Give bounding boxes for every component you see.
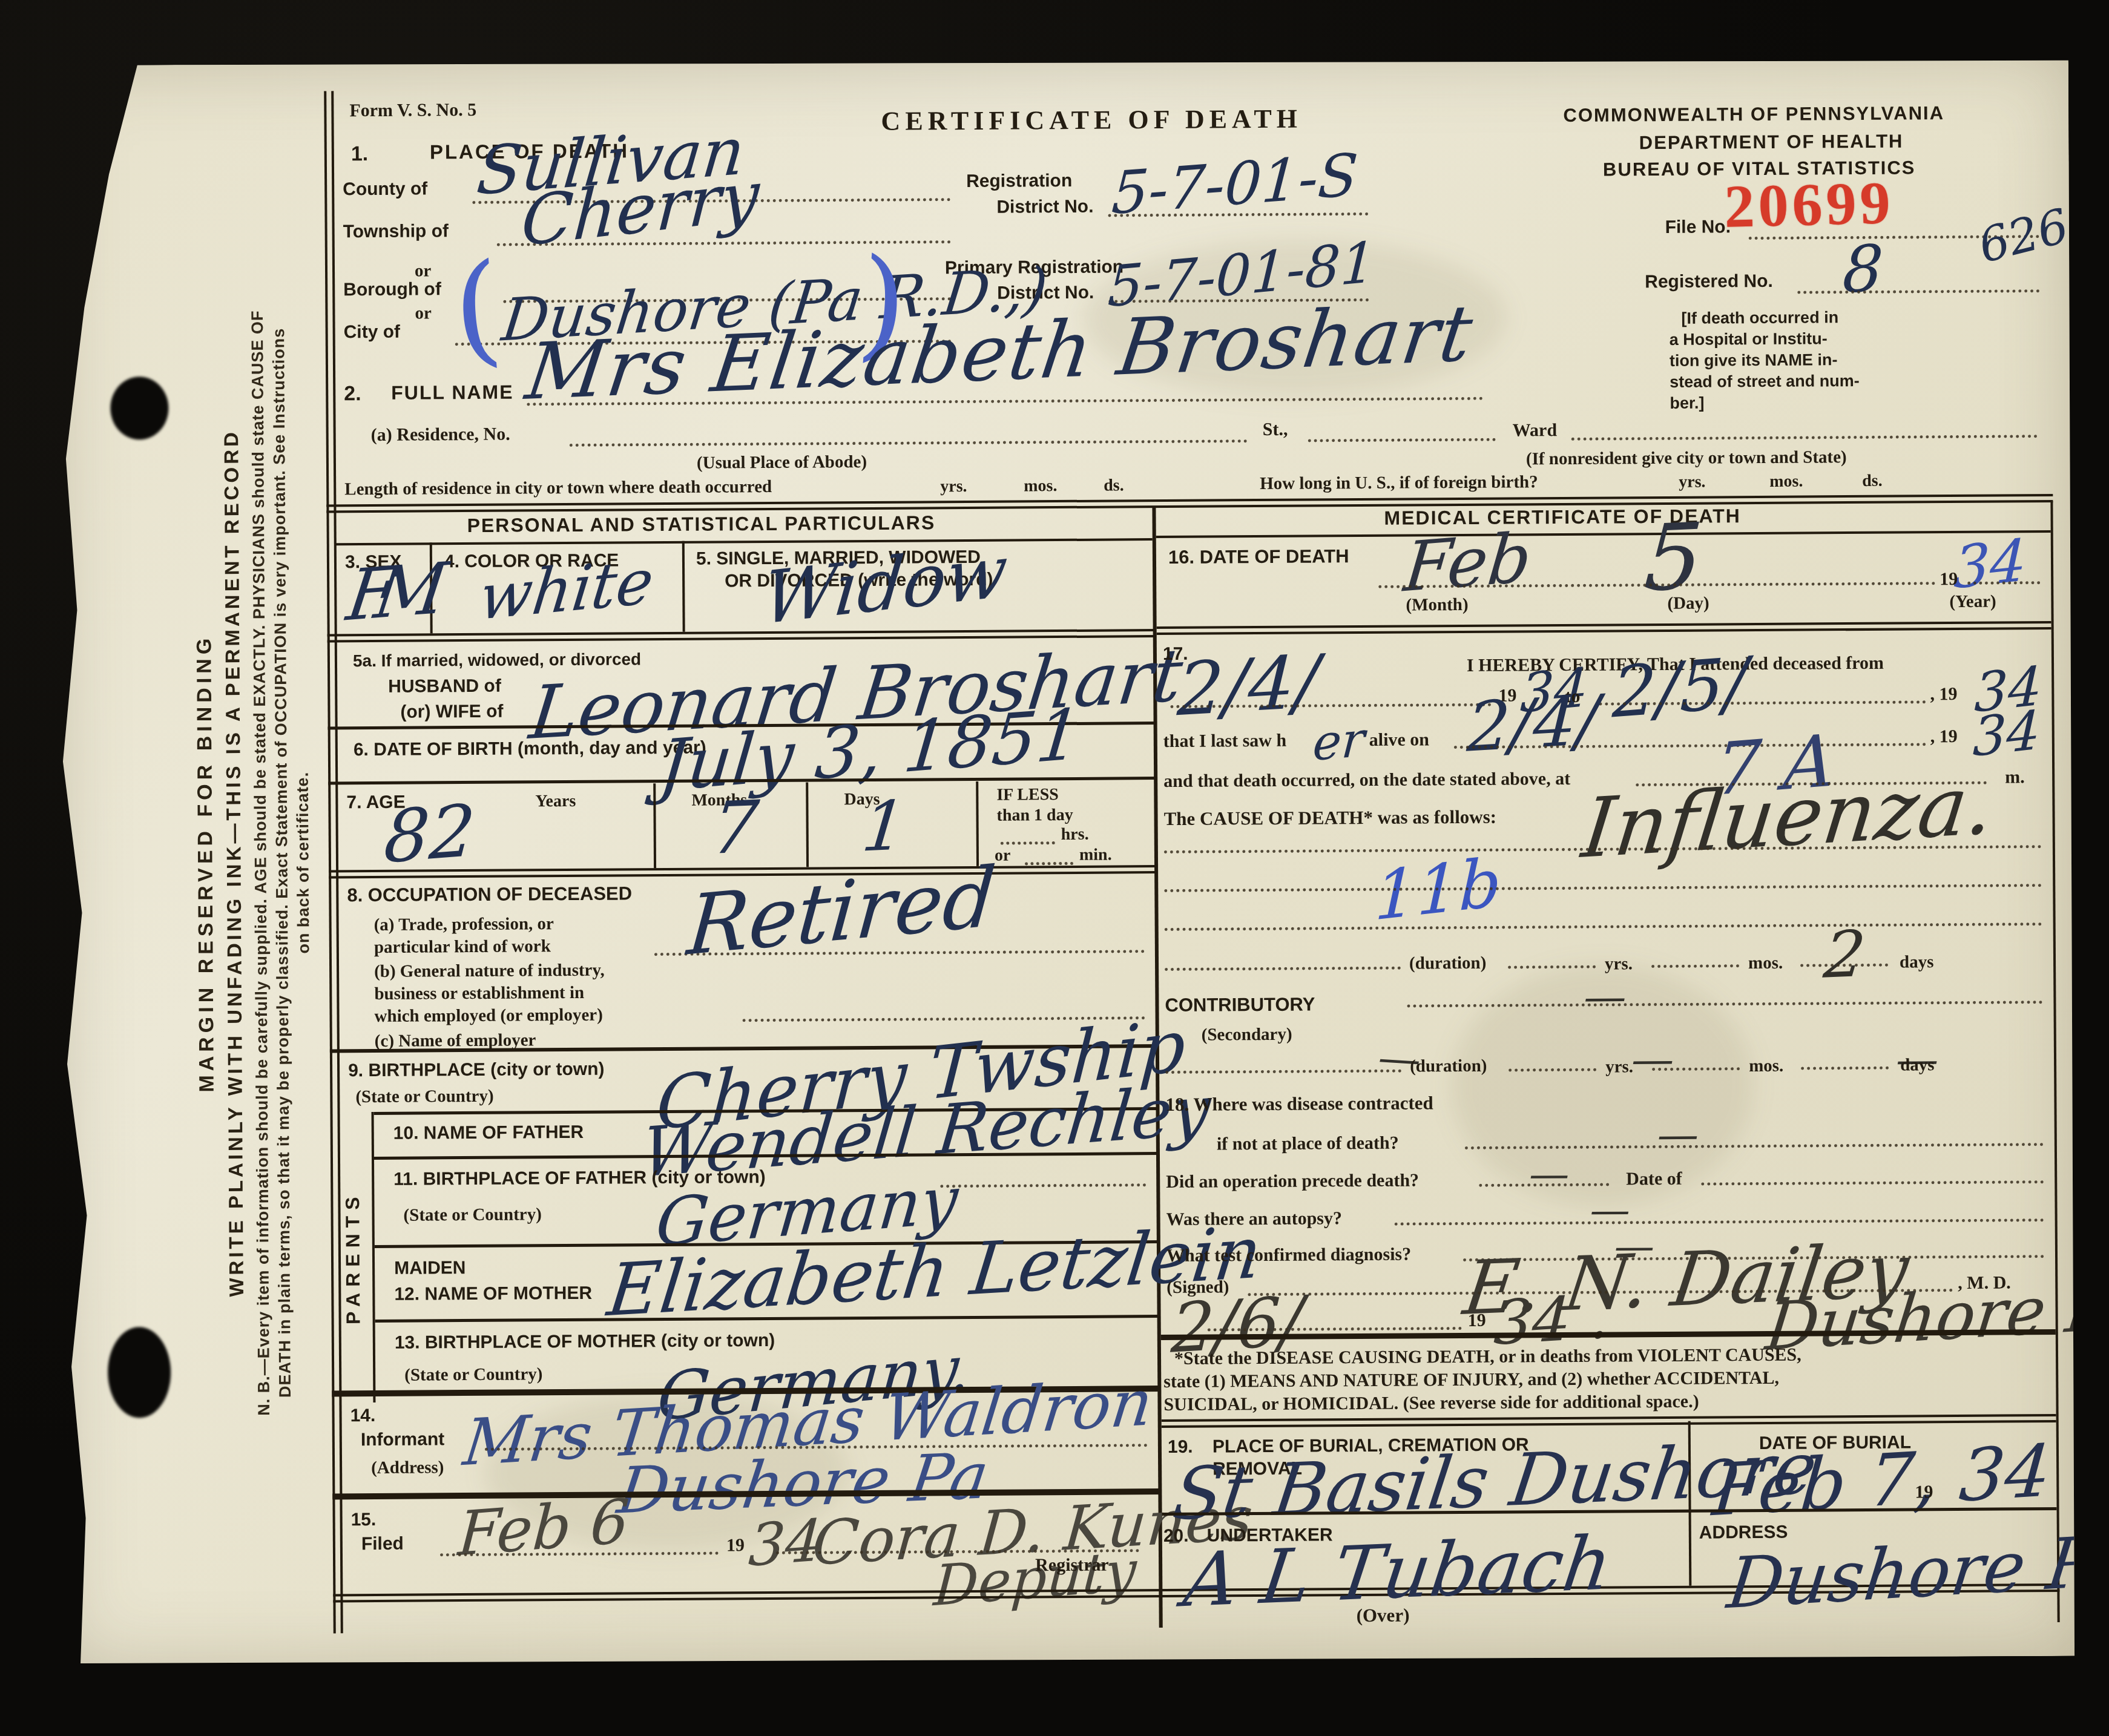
duration-yrs-line xyxy=(1508,965,1596,969)
margin-text-block: MARGIN RESERVED FOR BINDING WRITE PLAINL… xyxy=(189,143,329,1584)
last-saw-value: 2/4/ xyxy=(1466,685,1601,764)
registered-no-label: Registered No. xyxy=(1645,272,1773,292)
duration2-mos: mos. xyxy=(1749,1057,1783,1076)
occupation-label: 8. OCCUPATION OF DECEASED xyxy=(347,884,632,905)
m-label: m. xyxy=(2005,768,2025,787)
margin-ink-note: WRITE PLAINLY WITH UNFADING INK—THIS IS … xyxy=(218,143,250,1583)
s5a-wife-label: (or) WIFE of xyxy=(400,702,503,722)
month-note: (Month) xyxy=(1406,596,1468,614)
last-saw-er: er xyxy=(1311,714,1366,769)
color-marital-divider xyxy=(682,541,685,632)
operation-label: Did an operation precede death? xyxy=(1166,1171,1419,1191)
mother-bp-state-note: (State or Country) xyxy=(404,1365,542,1384)
occ-b-line1: (b) General nature of industry, xyxy=(374,961,605,981)
hole-punch-top xyxy=(110,376,169,440)
file-number-stamp: 20699 xyxy=(1723,171,1894,238)
duration-mos: mos. xyxy=(1748,954,1783,973)
or-label-2: or xyxy=(415,304,432,323)
cause-label: The CAUSE OF DEATH* was as follows: xyxy=(1163,807,1496,829)
age-divider-2 xyxy=(806,783,809,867)
duration-days-value: 2 xyxy=(1821,920,1869,989)
street-label: St., xyxy=(1263,420,1288,439)
dob-label: 6. DATE OF BIRTH (month, day and year) xyxy=(354,738,706,760)
duration-yrs: yrs. xyxy=(1605,955,1633,973)
registered-no-value: 8 xyxy=(1841,235,1885,304)
file-no-label: File No. xyxy=(1665,217,1731,237)
occ-b-line2: business or establishment in xyxy=(374,984,584,1004)
day-note: (Day) xyxy=(1667,594,1709,613)
father-bp-line xyxy=(940,1183,1146,1188)
ward-label: Ward xyxy=(1513,421,1558,440)
howlong-ds: ds. xyxy=(1862,472,1883,490)
date-of-label: Date of xyxy=(1626,1169,1682,1189)
sign-19: 19 xyxy=(1468,1311,1486,1330)
informant-number: 14. xyxy=(350,1406,375,1425)
parents-side-label: PARENTS xyxy=(333,1112,373,1402)
duration-label: (duration) xyxy=(1409,954,1486,973)
s5a-label-1: 5a. If married, widowed, or divorced xyxy=(353,650,641,669)
age-years-value: 82 xyxy=(382,793,478,875)
deputy-note: Deputy xyxy=(932,1542,1139,1616)
not-at-place-label: if not at place of death? xyxy=(1217,1134,1399,1154)
ifless-label-1: IF LESS xyxy=(996,786,1059,804)
township-label: Township of xyxy=(343,222,449,242)
registered-no-line xyxy=(1797,289,2039,294)
attended-to-value: 2/5/ xyxy=(1611,646,1749,730)
cause-line-3 xyxy=(1165,922,2042,931)
registration-label: Registration xyxy=(966,171,1072,191)
margin-binding-note: MARGIN RESERVED FOR BINDING xyxy=(189,143,222,1583)
duration-mos-line xyxy=(1651,964,1739,968)
howlong-yrs: yrs. xyxy=(1679,473,1706,492)
registration-district-label: District No. xyxy=(996,197,1093,217)
s5a-husband-label: HUSBAND of xyxy=(388,677,501,697)
duration2-mos-line xyxy=(1652,1067,1740,1071)
duration2-lead-line xyxy=(1165,1070,1401,1074)
form-number: Form V. S. No. 5 xyxy=(349,100,476,120)
to-19: , 19 xyxy=(1930,685,1957,704)
burial-19: 19 xyxy=(1915,1482,1933,1502)
age-days-value: 1 xyxy=(859,791,909,864)
footnote-line2: state (1) MEANS AND NATURE OF INJURY, an… xyxy=(1163,1369,1779,1392)
death-at-label: and that death occurred, on the date sta… xyxy=(1163,769,1570,791)
operation-date-line xyxy=(1701,1180,2044,1185)
over-label: (Over) xyxy=(1357,1606,1410,1626)
ifless-min-line xyxy=(1025,862,1073,865)
ls-year-value: 34 xyxy=(1972,702,2041,766)
length-residence-label: Length of residence in city or town wher… xyxy=(344,478,772,499)
duration2-yrs-line xyxy=(1509,1068,1596,1072)
duration-days: days xyxy=(1900,953,1934,972)
city-paren-open: ( xyxy=(449,244,506,374)
rule-above-burial xyxy=(1162,1414,2056,1428)
mother-bp-label: 13. BIRTHPLACE OF MOTHER (city or town) xyxy=(395,1331,775,1352)
full-name-label: FULL NAME xyxy=(391,383,513,404)
file-no-value: 626 xyxy=(1974,202,2074,272)
age-months-value: 7 xyxy=(709,789,762,867)
footnote-line1: *State the DISEASE CAUSING DEATH, or in … xyxy=(1174,1346,1801,1369)
informant-label: Informant xyxy=(361,1430,445,1449)
filed-number: 15. xyxy=(351,1510,377,1530)
test-label: What test confirmed diagnosis? xyxy=(1166,1245,1411,1266)
father-bp-state-note: (State or Country) xyxy=(403,1205,541,1225)
undertaker-address-label: ADDRESS xyxy=(1699,1523,1788,1542)
registrar-label: Registrar xyxy=(1035,1556,1109,1575)
birthplace-label: 9. BIRTHPLACE (city or town) xyxy=(348,1060,605,1080)
color-value: white xyxy=(476,549,657,631)
ifless-label-2: than 1 day xyxy=(996,806,1073,824)
occ-a-line1: (a) Trade, profession, or xyxy=(374,915,554,934)
ls-19: , 19 xyxy=(1930,727,1958,746)
howlong-label: How long in U. S., if of foreign birth? xyxy=(1260,473,1538,493)
residence-line xyxy=(570,439,1248,447)
contributory-label: CONTRIBUTORY xyxy=(1165,995,1315,1015)
city-label: City of xyxy=(344,323,401,342)
scan-background: MARGIN RESERVED FOR BINDING WRITE PLAINL… xyxy=(0,0,2109,1736)
not-at-place-dash: — xyxy=(1657,1114,1699,1157)
occ-b-line3: which employed (or employer) xyxy=(374,1006,602,1026)
duration2-yrs: yrs. xyxy=(1605,1057,1633,1076)
cause-line-2 xyxy=(1164,884,2042,892)
maiden-label: MAIDEN xyxy=(394,1258,466,1278)
ifless-hrs: hrs. xyxy=(1061,826,1089,844)
mother-label: 12. NAME OF MOTHER xyxy=(394,1284,592,1304)
dod-day-value: 5 xyxy=(1642,510,1705,608)
section1-number: 1. xyxy=(351,143,369,165)
duration-lead-line xyxy=(1165,967,1401,971)
residence-label: (a) Residence, No. xyxy=(371,425,510,445)
undertaker-number: 20. xyxy=(1163,1527,1189,1546)
informant-address-label: (Address) xyxy=(371,1458,444,1477)
hole-punch-bottom xyxy=(108,1327,171,1418)
last-saw-post: alive on xyxy=(1369,730,1429,749)
rule-below-dod xyxy=(1157,621,2051,635)
father-label: 10. NAME OF FATHER xyxy=(393,1123,584,1143)
sign-year-value: 34 . xyxy=(1492,1284,1610,1355)
nonresident-note: (If nonresident give city or town and St… xyxy=(1526,448,1847,469)
borough-label: Borough of xyxy=(343,280,441,299)
ward-line xyxy=(1571,435,2038,441)
medical-header-rule xyxy=(1156,530,2051,538)
footnote-line3: SUICIDAL, or HOMICIDAL. (See reverse sid… xyxy=(1163,1392,1699,1415)
filed-19: 19 xyxy=(726,1536,745,1555)
ifless-hrs-line xyxy=(1001,841,1055,845)
last-saw-pre: that I last saw h xyxy=(1163,731,1287,751)
s18-label: 18. Where was disease contracted xyxy=(1165,1093,1433,1114)
department-line: DEPARTMENT OF HEALTH xyxy=(1639,132,1904,153)
dod-label: 16. DATE OF DEATH xyxy=(1168,547,1349,567)
ifless-min: min. xyxy=(1079,846,1112,864)
age-divider-1 xyxy=(653,783,656,868)
length-ds: ds. xyxy=(1104,476,1124,495)
page-title: CERTIFICATE OF DEATH xyxy=(881,105,1302,136)
birthplace-state-note: (State or Country) xyxy=(355,1087,493,1106)
sex-value: FM xyxy=(343,553,431,633)
years-header: Years xyxy=(535,792,576,810)
dod-year-line xyxy=(1967,581,2040,585)
personal-header: PERSONAL AND STATISTICAL PARTICULARS xyxy=(467,513,935,536)
burial-date-value: Feb 7, 34 xyxy=(1710,1433,2054,1528)
secondary-note: (Secondary) xyxy=(1202,1025,1292,1044)
howlong-mos: mos. xyxy=(1769,473,1803,491)
duration2-dash-2: — xyxy=(1631,1037,1674,1082)
length-mos: mos. xyxy=(1024,477,1057,495)
operation-dash: — xyxy=(1529,1153,1569,1195)
hospital-note: [If death occurred in a Hospital or Inst… xyxy=(53,53,2068,65)
dod-year-value: 34 xyxy=(1953,531,2027,600)
county-label: County of xyxy=(343,179,427,199)
autopsy-line xyxy=(1395,1218,2044,1226)
contributory-dash: — xyxy=(1584,975,1626,1019)
certificate-paper: MARGIN RESERVED FOR BINDING WRITE PLAINL… xyxy=(53,53,2078,1668)
street-line xyxy=(1308,438,1496,442)
dod-19: 19 xyxy=(1940,570,1958,589)
length-yrs: yrs. xyxy=(940,478,967,496)
rule-below-sex-row xyxy=(327,629,1154,642)
year-note: (Year) xyxy=(1949,593,1996,611)
duration-days-line xyxy=(1800,964,1888,967)
abode-note: (Usual Place of Abode) xyxy=(697,453,867,472)
or-label-1: or xyxy=(415,261,432,280)
occ-a-line2: particular kind of work xyxy=(374,937,551,956)
cause-value: Influenza. xyxy=(1578,761,1998,872)
personal-header-rule xyxy=(335,538,1153,545)
duration2-days: days xyxy=(1900,1056,1935,1074)
dod-month-value: Feb xyxy=(1401,522,1535,604)
duration2-days-line xyxy=(1801,1067,1889,1070)
commonwealth-line: COMMONWEALTH OF PENNSYLVANIA xyxy=(1563,104,1944,125)
attended-from-value: 2/4/ xyxy=(1176,644,1321,729)
autopsy-label: Was there an autopsy? xyxy=(1166,1209,1343,1229)
filed-label: Filed xyxy=(361,1534,404,1554)
section2-number: 2. xyxy=(344,383,361,405)
duration2-label: (duration) xyxy=(1410,1057,1487,1076)
